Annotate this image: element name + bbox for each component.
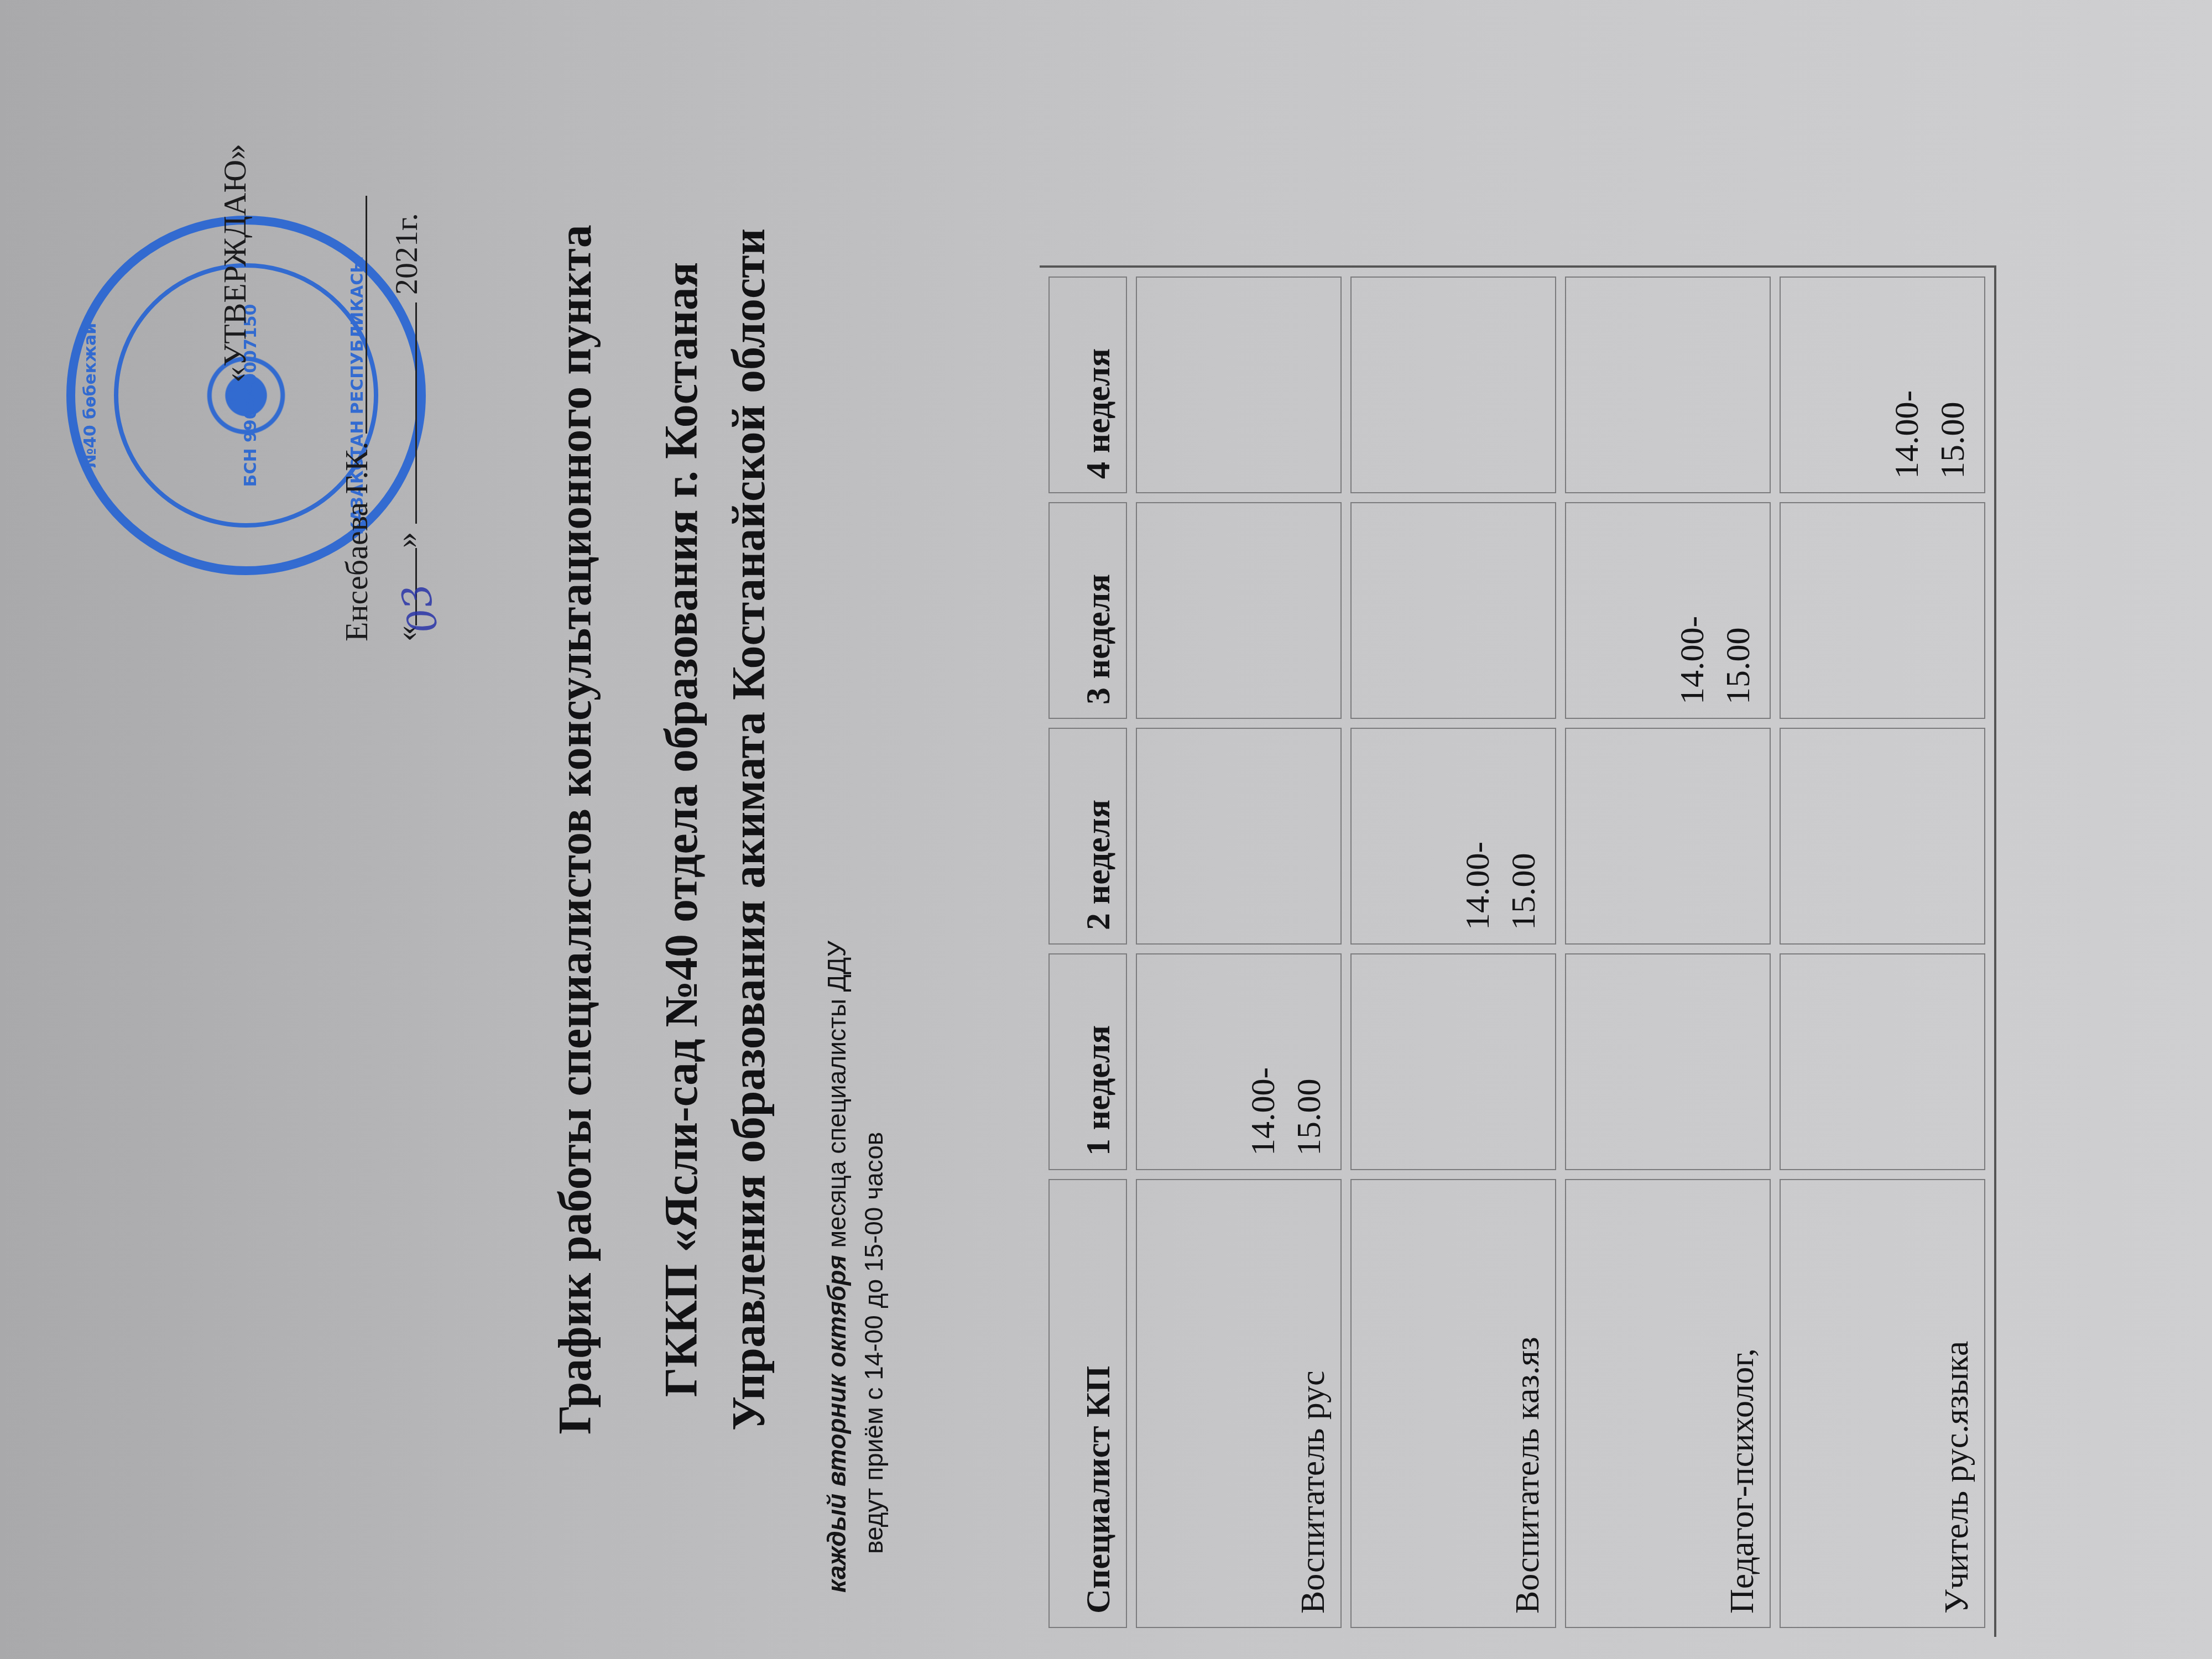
approver-name: Енсебаева Г.К. xyxy=(332,144,382,641)
note-line-2: ведут приём с 14-00 до 15-00 часов xyxy=(855,941,893,1593)
week-3-time-cell: 14.00- 15.00 xyxy=(1565,502,1771,719)
header-week-1: 1 неделя xyxy=(1048,953,1127,1170)
header-week-3: 3 неделя xyxy=(1048,502,1127,719)
week-3-time-cell xyxy=(1780,502,1985,719)
week-1-time-cell xyxy=(1780,953,1985,1170)
week-1-time-cell xyxy=(1565,953,1771,1170)
note-text: месяца специалисты ДДУ xyxy=(822,941,851,1255)
title-line-1: График работы специалистов консультацион… xyxy=(542,0,609,1659)
table-row: Учитель рус.языка14.00- 15.00 xyxy=(1780,276,1985,1628)
week-2-time-cell: 14.00- 15.00 xyxy=(1350,728,1556,945)
header-week-4: 4 неделя xyxy=(1048,276,1127,493)
approval-date: «» 2021г. xyxy=(382,144,431,641)
week-4-time-cell: 14.00- 15.00 xyxy=(1780,276,1985,493)
document-page: №40 бөбекжай БСН 990340007150 КАЗАКСТАН … xyxy=(0,0,2212,1659)
week-3-time-cell xyxy=(1136,502,1342,719)
week-4-time-cell xyxy=(1350,276,1556,493)
header-week-2: 2 неделя xyxy=(1048,728,1127,945)
week-4-time-cell xyxy=(1565,276,1771,493)
approval-label: «УТВЕРЖДАЮ» xyxy=(210,144,260,641)
week-1-time-cell xyxy=(1350,953,1556,1170)
table-row: Педагог-психолог,14.00- 15.00 xyxy=(1565,276,1771,1628)
document-title: График работы специалистов консультацион… xyxy=(542,0,782,1659)
specialist-cell: Воспитатель каз.яз xyxy=(1350,1179,1556,1628)
table-header-row: Специалист КП 1 неделя 2 неделя 3 неделя… xyxy=(1048,276,1127,1628)
approval-block: «УТВЕРЖДАЮ» Енсебаева Г.К. «» 2021г. 03 xyxy=(210,144,431,641)
title-line-3: Управления образования акимата Костанайс… xyxy=(716,0,783,1659)
specialist-cell: Учитель рус.языка xyxy=(1780,1179,1985,1628)
week-2-time-cell xyxy=(1136,728,1342,945)
specialist-cell: Воспитатель рус xyxy=(1136,1179,1342,1628)
header-specialist: Специалист КП xyxy=(1048,1179,1127,1628)
week-4-time-cell xyxy=(1136,276,1342,493)
schedule-table: Специалист КП 1 неделя 2 неделя 3 неделя… xyxy=(1040,265,1996,1637)
table-row: Воспитатель каз.яз14.00- 15.00 xyxy=(1350,276,1556,1628)
week-3-time-cell xyxy=(1350,502,1556,719)
title-line-2: ГККП «Ясли-сад №40 отдела образования г.… xyxy=(648,0,716,1659)
stamp-text-outer: №40 бөбекжай xyxy=(81,225,100,566)
table-row: Воспитатель рус14.00- 15.00 xyxy=(1136,276,1342,1628)
week-2-time-cell xyxy=(1780,728,1985,945)
week-1-time-cell: 14.00- 15.00 xyxy=(1136,953,1342,1170)
schedule-note: каждый вторник октября месяца специалист… xyxy=(818,941,892,1593)
specialist-cell: Педагог-психолог, xyxy=(1565,1179,1771,1628)
approval-year: 2021г. xyxy=(388,213,424,295)
note-emphasis: каждый вторник октября xyxy=(822,1255,851,1593)
week-2-time-cell xyxy=(1565,728,1771,945)
